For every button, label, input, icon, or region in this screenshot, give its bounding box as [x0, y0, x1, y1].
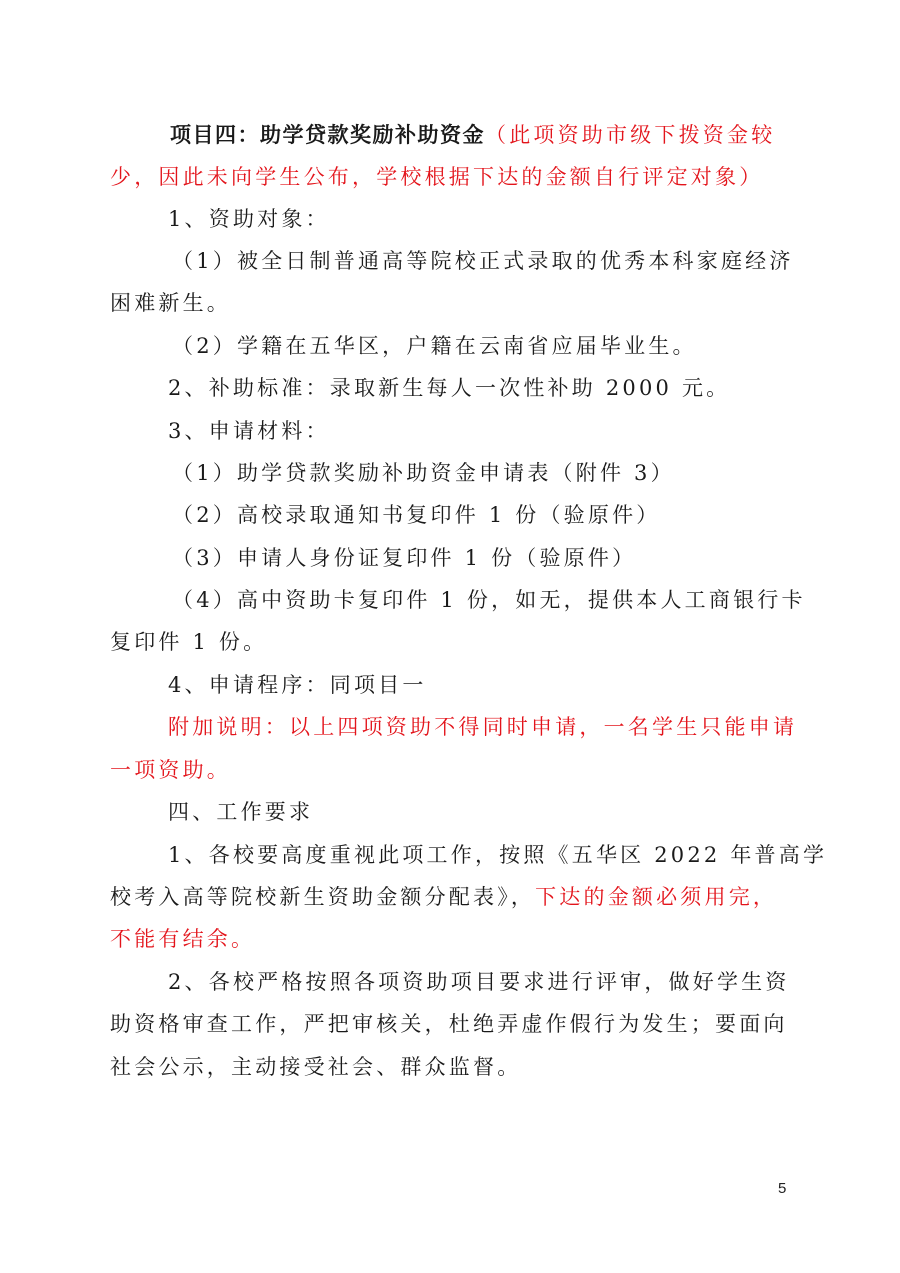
- subsidy-standard: 2、补助标准：录取新生每人一次性补助 2000 元。: [168, 373, 730, 403]
- material-item-2: （2）高校录取通知书复印件 1 份（验原件）: [172, 500, 660, 530]
- material-item-1: （1）助学贷款奖励补助资金申请表（附件 3）: [172, 458, 675, 488]
- requirement-1-highlight: 下达的金额必须用完，: [535, 885, 777, 909]
- section-note: （此项资助市级下拨资金较: [485, 123, 775, 147]
- material-item-4-continued: 复印件 1 份。: [110, 627, 267, 657]
- requirement-1-highlight-continued: 不能有结余。: [110, 924, 255, 954]
- section-note-continued: 少，因此未向学生公布，学校根据下达的金额自行评定对象）: [110, 162, 763, 192]
- section-title: 项目四：助学贷款奖励补助资金: [170, 122, 485, 147]
- requirement-1-line-2: 校考入高等院校新生资助金额分配表》，下达的金额必须用完，: [110, 882, 777, 912]
- work-requirements-heading: 四、工作要求: [168, 797, 313, 827]
- target-item-2: （2）学籍在五华区，户籍在云南省应届毕业生。: [172, 331, 697, 361]
- application-procedure: 4、申请程序：同项目一: [168, 670, 427, 700]
- document-page: 项目四：助学贷款奖励补助资金（此项资助市级下拨资金较 少，因此未向学生公布，学校…: [0, 0, 900, 1273]
- target-item-1-continued: 困难新生。: [110, 288, 231, 318]
- requirement-2-line-3: 社会公示，主动接受社会、群众监督。: [110, 1052, 521, 1082]
- additional-note-continued: 一项资助。: [110, 755, 231, 785]
- section-heading-line-1: 项目四：助学贷款奖励补助资金（此项资助市级下拨资金较: [170, 120, 775, 150]
- subsidy-targets-label: 1、资助对象：: [168, 204, 330, 234]
- requirement-2: 2、各校严格按照各项资助项目要求进行评审，做好学生资: [168, 967, 790, 997]
- requirement-1-text: 校考入高等院校新生资助金额分配表》，: [110, 885, 535, 909]
- additional-note: 附加说明：以上四项资助不得同时申请，一名学生只能申请: [168, 712, 797, 742]
- target-item-1: （1）被全日制普通高等院校正式录取的优秀本科家庭经济: [172, 246, 794, 276]
- material-item-4: （4）高中资助卡复印件 1 份，如无，提供本人工商银行卡: [172, 585, 806, 615]
- page-number: 5: [778, 1180, 786, 1197]
- material-item-3: （3）申请人身份证复印件 1 份（验原件）: [172, 543, 636, 573]
- requirement-2-line-2: 助资格审查工作，严把审核关，杜绝弄虚作假行为发生；要面向: [110, 1009, 788, 1039]
- requirement-1: 1、各校要高度重视此项工作，按照《五华区 2022 年普高学: [168, 840, 827, 870]
- materials-label: 3、申请材料：: [168, 416, 330, 446]
